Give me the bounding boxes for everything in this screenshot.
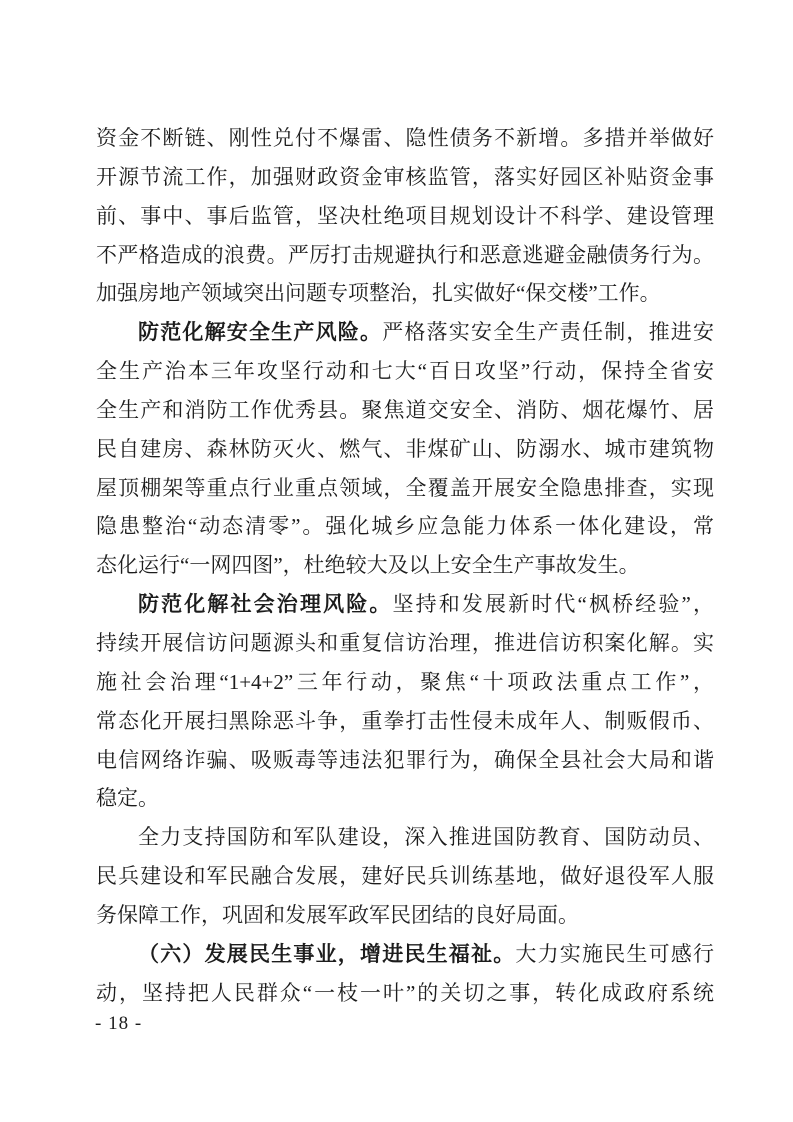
line-text: 民兵建设和军民融合发展，建好民兵训练基地，做好退役军人服: [96, 864, 714, 888]
line-text: 电信网络诈骗、吸贩毒等违法犯罪行为，确保全县社会大局和谐: [96, 748, 714, 772]
line-text: 坚持和发展新时代“枫桥经验”，: [392, 592, 714, 616]
text-line: 屋顶棚架等重点行业重点领域，全覆盖开展安全隐患排查，实现: [96, 469, 714, 508]
line-text: 开源节流工作，加强财政资金审核监管，落实好园区补贴资金事: [96, 165, 714, 189]
line-text: 隐患整治“动态清零”。强化城乡应急能力体系一体化建设，常: [96, 514, 714, 538]
text-line: 民兵建设和军民融合发展，建好民兵训练基地，做好退役军人服: [96, 857, 714, 896]
text-line: 防范化解安全生产风险。严格落实安全生产责任制，推进安: [96, 313, 714, 352]
line-text: 施社会治理“1+4+2”三年行动，聚焦“十项政法重点工作”，: [96, 670, 714, 694]
line-text: 民自建房、森林防灭火、燃气、非煤矿山、防溺水、城市建筑物: [96, 437, 714, 461]
line-text: 常态化开展扫黑除恶斗争，重拳打击性侵未成年人、制贩假币、: [96, 709, 714, 733]
text-line: 全力支持国防和军队建设，深入推进国防教育、国防动员、: [96, 818, 714, 857]
text-line: 持续开展信访问题源头和重复信访治理，推进信访积案化解。实: [96, 624, 714, 663]
text-block: 资金不断链、刚性兑付不爆雷、隐性债务不新增。多措并举做好开源节流工作，加强财政资…: [96, 119, 714, 1012]
document-page: 资金不断链、刚性兑付不爆雷、隐性债务不新增。多措并举做好开源节流工作，加强财政资…: [0, 0, 793, 1122]
paragraph-lead-bold: 防范化解安全生产风险。: [138, 320, 382, 344]
text-line: 动，坚持把人民群众“一枝一叶”的关切之事，转化成政府系统: [96, 974, 714, 1013]
text-line: 施社会治理“1+4+2”三年行动，聚焦“十项政法重点工作”，: [96, 663, 714, 702]
line-text: 严格落实安全生产责任制，推进安: [382, 320, 714, 344]
line-text: 全生产和消防工作优秀县。聚焦道交安全、消防、烟花爆竹、居: [96, 398, 714, 422]
line-text: 持续开展信访问题源头和重复信访治理，推进信访积案化解。实: [96, 631, 714, 655]
line-text: 务保障工作，巩固和发展军政军民团结的良好局面。: [96, 903, 579, 927]
text-line: 资金不断链、刚性兑付不爆雷、隐性债务不新增。多措并举做好: [96, 119, 714, 158]
text-line: 全生产和消防工作优秀县。聚焦道交安全、消防、烟花爆竹、居: [96, 391, 714, 430]
paragraph-lead-bold: （六）发展民生事业，增进民生福祉。: [138, 942, 515, 966]
paragraph-lead-bold: 防范化解社会治理风险。: [138, 592, 392, 616]
line-text: 资金不断链、刚性兑付不爆雷、隐性债务不新增。多措并举做好: [96, 126, 714, 150]
line-text: 动，坚持把人民群众“一枝一叶”的关切之事，转化成政府系统: [96, 981, 714, 1005]
line-text: 前、事中、事后监管，坚决杜绝项目规划设计不科学、建设管理: [96, 204, 714, 228]
text-line: 前、事中、事后监管，坚决杜绝项目规划设计不科学、建设管理: [96, 197, 714, 236]
page-number: - 18 -: [95, 1013, 142, 1035]
line-text: 不严格造成的浪费。严厉打击规避执行和恶意逃避金融债务行为。: [96, 243, 714, 267]
text-line: 民自建房、森林防灭火、燃气、非煤矿山、防溺水、城市建筑物: [96, 430, 714, 469]
text-line: 电信网络诈骗、吸贩毒等违法犯罪行为，确保全县社会大局和谐: [96, 741, 714, 780]
text-line: 全生产治本三年攻坚行动和七大“百日攻坚”行动，保持全省安: [96, 352, 714, 391]
line-text: 屋顶棚架等重点行业重点领域，全覆盖开展安全隐患排查，实现: [96, 476, 714, 500]
text-line: 不严格造成的浪费。严厉打击规避执行和恶意逃避金融债务行为。: [96, 236, 714, 275]
line-text: 大力实施民生可感行: [515, 942, 714, 966]
line-text: 态化运行“一网四图”，杜绝较大及以上安全生产事故发生。: [96, 553, 640, 577]
line-text: 全生产治本三年攻坚行动和七大“百日攻坚”行动，保持全省安: [96, 359, 714, 383]
text-line: 防范化解社会治理风险。坚持和发展新时代“枫桥经验”，: [96, 585, 714, 624]
text-line: 常态化开展扫黑除恶斗争，重拳打击性侵未成年人、制贩假币、: [96, 702, 714, 741]
text-line: 隐患整治“动态清零”。强化城乡应急能力体系一体化建设，常: [96, 507, 714, 546]
line-text: 全力支持国防和军队建设，深入推进国防教育、国防动员、: [138, 825, 714, 849]
text-line: 务保障工作，巩固和发展军政军民团结的良好局面。: [96, 896, 714, 935]
line-text: 稳定。: [96, 786, 159, 810]
text-line: （六）发展民生事业，增进民生福祉。大力实施民生可感行: [96, 935, 714, 974]
text-line: 稳定。: [96, 779, 714, 818]
text-line: 开源节流工作，加强财政资金审核监管，落实好园区补贴资金事: [96, 158, 714, 197]
line-text: 加强房地产领域突出问题专项整治，扎实做好“保交楼”工作。: [96, 281, 661, 305]
text-line: 态化运行“一网四图”，杜绝较大及以上安全生产事故发生。: [96, 546, 714, 585]
text-line: 加强房地产领域突出问题专项整治，扎实做好“保交楼”工作。: [96, 274, 714, 313]
